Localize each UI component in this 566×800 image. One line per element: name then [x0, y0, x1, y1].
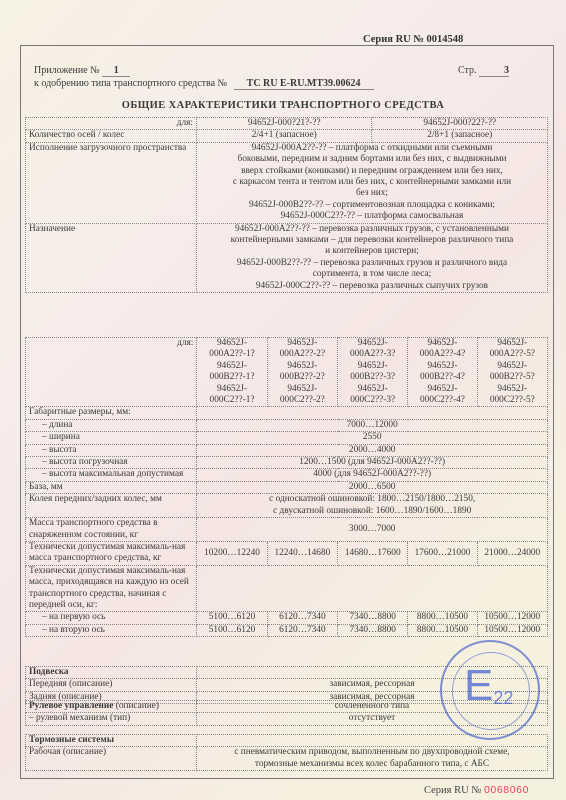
table-row: для: 94652J-000A2??-1?94652J-000B2??-1?9…: [26, 338, 548, 407]
empty-cell: [197, 565, 548, 612]
table-row: – высота максимальная допустимая 4000 (д…: [26, 469, 548, 481]
wheelbase-label: База, мм: [26, 481, 197, 493]
brakes-table: Тормозные системы Рабочая (описание) с п…: [25, 734, 548, 771]
service-brake-label: Рабочая (описание): [26, 747, 197, 771]
variant-column: 94652J-000A2??-3?94652J-000B2??-3?94652J…: [338, 338, 408, 407]
cargo-space-value: 94652J-000A2??-?? – платформа с откидным…: [196, 142, 547, 223]
official-stamp: E22: [440, 640, 540, 740]
curb-mass-value: 3000…7000: [197, 518, 548, 542]
variant-column: 94652J-000A2??-1?94652J-000B2??-1?94652J…: [197, 338, 267, 407]
table-row: Количество осей / колес 2/4+1 (запасное)…: [26, 130, 548, 142]
second-axle-value: 10500…12000: [477, 624, 547, 636]
second-axle-value: 8800…10500: [408, 624, 477, 636]
max-mass-value: 21000…24000: [477, 541, 547, 565]
text-line: боковыми, передним и задним бортами или …: [200, 154, 544, 165]
axles-value: 2/4+1 (запасное): [196, 130, 372, 142]
purpose-value: 94652J-000A2??-?? – перевозка различных …: [196, 223, 547, 292]
first-axle-value: 8800…10500: [408, 612, 477, 624]
approval-number: ТС RU E-RU.МТ39.00624: [234, 78, 374, 90]
series-number-bottom: Серия RU № 0068060: [424, 784, 529, 796]
track-label: Колея передних/задних колес, мм: [26, 494, 197, 518]
second-axle-label: – на вторую ось: [26, 624, 197, 636]
wheelbase-value: 2000…6500: [197, 481, 548, 493]
page-title: ОБЩИЕ ХАРАКТЕРИСТИКИ ТРАНСПОРТНОГО СРЕДС…: [0, 100, 566, 111]
table-row: – на вторую ось 5100…6120 6120…7340 7340…: [26, 624, 548, 636]
table-row: – высота 2000…4000: [26, 444, 548, 456]
text-line: сортимента, в том числе леса;: [200, 269, 544, 280]
table-row: База, мм 2000…6500: [26, 481, 548, 493]
track-value: с односкатной ошиновкой: 1800…2150/1800……: [197, 494, 548, 518]
text-line: с каркасом тента и тентом или без них, с…: [200, 177, 544, 188]
max-mass-value: 17600…21000: [408, 541, 477, 565]
text-line: 94652J-000C2??-?? – платформа самосвальн…: [200, 211, 544, 222]
curb-mass-label: Масса транспортного средства в снаряженн…: [26, 518, 197, 542]
max-height-value: 4000 (для 94652J-000A2??-??): [197, 469, 548, 481]
appendix-label: Приложение №: [34, 65, 100, 76]
max-mass-label: Технически допустимая максималь-ная масс…: [26, 541, 197, 565]
appendix-number: 1: [102, 65, 130, 77]
series-number-top: Серия RU № 0014548: [363, 34, 463, 45]
variant-header: 94652J-000?21?-??: [196, 118, 372, 130]
general-table: для: 94652J-000?21?-?? 94652J-000?22?-??…: [25, 117, 548, 293]
table-row: – высота погрузочная 1200…1500 (для 9465…: [26, 457, 548, 469]
table-row: – ширина 2550: [26, 432, 548, 444]
for-label: для:: [26, 118, 197, 130]
axles-value: 2/8+1 (запасное): [372, 130, 548, 142]
table-row: – на первую ось 5100…6120 6120…7340 7340…: [26, 612, 548, 624]
cargo-space-label: Исполнение загрузочного пространства: [26, 142, 197, 223]
text-line: 94652J-000A2??-?? – платформа с откидным…: [200, 143, 544, 154]
text-line: 94652J-000B2??-?? – перевозка различных …: [200, 258, 544, 269]
purpose-label: Назначение: [26, 223, 197, 292]
text-line: 94652J-000B2??-?? – сортиментовозная пло…: [200, 200, 544, 211]
length-value: 7000…12000: [197, 419, 548, 431]
table-row: – длина 7000…12000: [26, 419, 548, 431]
text-line: вверх стойками (кониками) и передним огр…: [200, 166, 544, 177]
steering-mechanism-label: – рулевой механизм (тип): [26, 713, 197, 725]
empty-cell: [197, 407, 548, 419]
second-axle-value: 7340…8800: [338, 624, 408, 636]
max-mass-value: 10200…12240: [197, 541, 267, 565]
width-label: – ширина: [26, 432, 197, 444]
text-line: контейнерными замками – для перевозки ко…: [200, 235, 544, 246]
page-number: 3: [479, 65, 509, 77]
max-mass-value: 12240…14680: [267, 541, 337, 565]
table-row: Технически допустимая максималь-ная масс…: [26, 541, 548, 565]
table-row: Тормозные системы: [26, 735, 548, 747]
for-label: для:: [26, 338, 197, 407]
second-axle-value: 5100…6120: [197, 624, 267, 636]
height-value: 2000…4000: [197, 444, 548, 456]
service-brake-value: с пневматическим приводом, выполненным п…: [196, 747, 547, 771]
first-axle-value: 6120…7340: [267, 612, 337, 624]
variant-header: 94652J-000?22?-??: [372, 118, 548, 130]
series-label: Серия RU №: [424, 785, 481, 796]
max-height-label: – высота максимальная допустимая: [26, 469, 197, 481]
axle-mass-label: Технически допустимая максималь-ная масс…: [26, 565, 197, 612]
first-axle-label: – на первую ось: [26, 612, 197, 624]
approval-line: к одобрению типа транспортного средства …: [34, 78, 374, 90]
table-row: Назначение 94652J-000A2??-?? – перевозка…: [26, 223, 548, 292]
page-label: Стр.: [458, 65, 477, 76]
variant-column: 94652J-000A2??-5?94652J-000B2??-5?94652J…: [477, 338, 547, 407]
loading-height-value: 1200…1500 (для 94652J-000A2??-??): [197, 457, 548, 469]
variant-column: 94652J-000A2??-4?94652J-000B2??-4?94652J…: [408, 338, 477, 407]
table-row: Технически допустимая максималь-ная масс…: [26, 565, 548, 612]
second-axle-value: 6120…7340: [267, 624, 337, 636]
series-number: 0068060: [484, 784, 529, 796]
steering-heading: Рулевое управление (описание): [26, 701, 197, 713]
front-suspension-label: Передняя (описание): [26, 679, 197, 691]
axles-label: Количество осей / колес: [26, 130, 197, 142]
dimensions-label: Габаритные размеры, мм:: [26, 407, 197, 419]
brakes-heading: Тормозные системы: [26, 735, 197, 747]
table-row: для: 94652J-000?21?-?? 94652J-000?22?-??: [26, 118, 548, 130]
first-axle-value: 10500…12000: [477, 612, 547, 624]
approval-label: к одобрению типа транспортного средства …: [34, 78, 227, 89]
appendix-line: Приложение № 1: [34, 65, 130, 77]
dimensions-mass-table: для: 94652J-000A2??-1?94652J-000B2??-1?9…: [25, 337, 548, 637]
variant-column: 94652J-000A2??-2?94652J-000B2??-2?94652J…: [267, 338, 337, 407]
first-axle-value: 5100…6120: [197, 612, 267, 624]
height-label: – высота: [26, 444, 197, 456]
table-row: Масса транспортного средства в снаряженн…: [26, 518, 548, 542]
width-value: 2550: [197, 432, 548, 444]
text-line: 94652J-000A2??-?? – перевозка различных …: [200, 224, 544, 235]
stamp-e-mark: E22: [464, 664, 513, 716]
loading-height-label: – высота погрузочная: [26, 457, 197, 469]
table-row: Рабочая (описание) с пневматическим прив…: [26, 747, 548, 771]
table-row: Колея передних/задних колес, мм с односк…: [26, 494, 548, 518]
page-number-line: Стр. 3: [458, 65, 509, 77]
max-mass-value: 14680…17600: [338, 541, 408, 565]
text-line: и контейнеров цистерн;: [200, 246, 544, 257]
length-label: – длина: [26, 419, 197, 431]
text-line: 94652J-000C2??-?? – перевозка различных …: [200, 281, 544, 292]
text-line: без них;: [200, 188, 544, 199]
table-row: Исполнение загрузочного пространства 946…: [26, 142, 548, 223]
table-row: Габаритные размеры, мм:: [26, 407, 548, 419]
suspension-heading: Подвеска: [26, 667, 197, 679]
first-axle-value: 7340…8800: [338, 612, 408, 624]
